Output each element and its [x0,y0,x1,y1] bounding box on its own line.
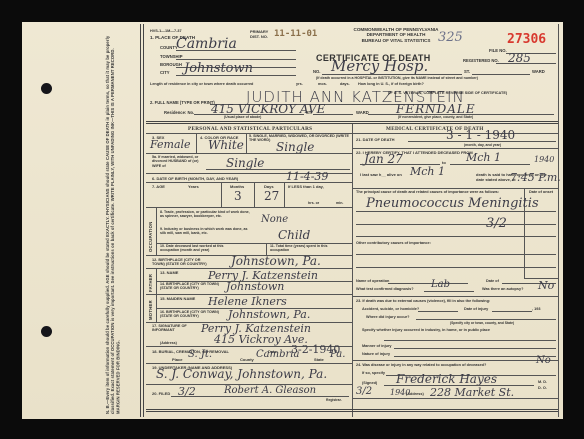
hospital-name: Mercy Hosp. [331,57,428,75]
city-value: Johnstown [184,61,253,76]
trade-label: 8. Trade, profession, or particular kind… [160,210,250,218]
sex-value: Female [150,138,191,151]
occupation-side-label: OCCUPATION [148,212,153,252]
birthplace-value: Johnstown, Pa. [231,254,321,268]
operation-label: Name of operation [356,279,389,283]
burial-place: S. Jt. [188,349,212,360]
industry-value: Child [278,228,310,242]
autopsy-label: Was there an autopsy? [482,287,523,291]
header-line-3: BUREAU OF VITAL STATISTICS [341,38,451,43]
if-so-label: If so, specify [362,371,385,375]
physician-sign-date: 3/2 [356,386,372,397]
file-no-label: File No. [489,48,507,53]
age-months: 3 [234,189,242,203]
external-causes-label: 23. If death was due to external causes … [356,299,490,303]
registered-no-label: Registered No. [463,58,499,63]
primary-dist-label: Primary Dist. No. [250,30,272,39]
physician-address-label: (Address) [406,392,424,396]
where-injury-label: Where did injury occur? [366,315,409,319]
occupation-related-value: No [536,355,551,366]
birthplace-label: 12. BIRTHPLACE (city or town) (State or … [152,258,212,267]
registrar-signature: Robert A. Gleason [224,385,316,396]
filed-label: 20. FILED [152,391,170,396]
date-of-death-sub: (month, day, and year) [464,143,501,147]
date-of-death-label: 21. DATE OF DEATH [356,137,395,142]
penciled-number: 325 [438,30,463,45]
ward-sub: (If nonresident, give place, county, and… [398,115,473,119]
where-injury-sub: (Specify city or town, county, and State… [450,321,514,325]
spouse-label: 5a. If married, widowed, or divorced HUS… [152,155,207,168]
attended-year: 1940 [534,155,554,164]
mother-maiden-label: 15. MAIDEN NAME [160,296,195,301]
spouse-value: Single [226,156,264,170]
age-label: 7. AGE [152,184,165,189]
date-of-onset-label: Date of onset [528,190,554,194]
county-value: Cambria [176,36,237,52]
burial-state-label: State [314,357,324,362]
side-instructions: N. B.—Every item of information should b… [105,34,141,414]
cause-label: The principal cause of death and related… [356,190,521,194]
residence-length-label: Length of residence in city or town wher… [150,82,253,86]
do-label: D. O. [538,386,547,390]
father-birthplace-label: 14. BIRTHPLACE (city or town) (State or … [160,282,220,290]
less-than-day-label: If LESS than 1 day, [288,184,324,189]
cause-duration: 3/2 [486,216,507,231]
residence-ward-label: Ward [356,110,369,115]
mother-birthplace-label: 16. BIRTHPLACE (city or town) (State or … [160,310,220,318]
mother-birthplace-value: Johnstown, Pa. [228,308,310,321]
injury-date-label: Date of injury [464,307,488,311]
physician-signature: Frederick Hayes [396,372,497,386]
undertaker-value: S. J. Conway, Johnstown, Pa. [156,367,327,381]
test-label: What test confirmed diagnosis? [356,287,414,291]
informant-label: 17. SIGNATURE OF INFORMANT [152,324,200,333]
industry-label: 9. Industry or business in which work wa… [160,227,250,235]
binder-hole-bottom [41,326,52,337]
yrs-label: yrs. [296,82,303,86]
date-of-death-value: 3 - 1 - 1940 [446,128,515,142]
primary-dist-number: 11-11-01 [274,29,317,39]
years-label: Years [188,184,199,189]
personal-section-title: PERSONAL AND STATISTICAL PARTICULARS [188,126,312,132]
burial-state: Pa. [330,349,345,360]
burial-county: Cambria [256,349,299,360]
us-length-label: How long in U. S., if of foreign birth? [358,82,424,86]
dob-label: 6. DATE OF BIRTH (month, day, and year) [152,176,238,181]
burial-place-label: Place [172,357,182,362]
registered-number: 285 [508,51,531,65]
mother-maiden-value: Helene Ikners [208,295,287,308]
burial-county-label: County [240,357,254,362]
last-worked-label: 10. Date deceased last worked at this oc… [160,244,230,252]
margin-rule [140,24,144,417]
registrar-title: Registrar. [326,398,342,402]
test-value: Lab [431,279,450,290]
occupation-related-label: 24. Was disease or injury in any way rel… [356,363,486,367]
signed-label: (Signed) [362,381,377,385]
father-name-label: 13. NAME [160,270,178,275]
residence-town: Ferndale [396,102,476,116]
primary-cause: Pneumococcus Meningitis [366,196,539,211]
hospital-note: (If death occurred in a HOSPITAL or INST… [316,76,478,80]
days-label: days. [340,82,350,86]
binder-hole-top [41,83,52,94]
mother-side-label: MOTHER [148,296,153,320]
father-birthplace-value: Johnstown [226,280,284,293]
father-side-label: FATHER [148,270,153,292]
autopsy-value: No [538,279,554,292]
veteran-note: (IF U. S. VETERAN, COMPLETE REVERSE SIDE… [388,91,507,95]
form-code: HVS-1—1M—7-37 [150,29,182,33]
operation-date-label: Date of [486,279,499,283]
st-label: St. [464,69,470,74]
full-name-label: 2. FULL NAME (type or print) [150,100,215,105]
ward-label: Ward [532,69,545,74]
last-saw-label: I last saw h__ alive on [360,172,402,177]
specify-injury-label: Specify whether injury occurred in indus… [362,328,490,332]
color-value: White [208,138,244,152]
md-label: M. D. [538,380,547,384]
mos-label: mos. [318,82,327,86]
manner-label: Manner of injury [362,344,392,348]
time-of-death: 7:45 P.m. [510,171,561,184]
min-label: min. [336,201,343,205]
marital-value: Single [276,140,314,154]
residence-label: Residence: No. [164,110,194,115]
trade-value: None [261,214,288,225]
certificate-number: 27306 [507,32,546,47]
contributory-label: Other contributory causes of importance: [356,241,431,245]
hrs-label: hrs. or [308,201,319,205]
residence-st-label: St. [306,110,312,115]
informant-address-label: (Address) [160,341,177,345]
age-days: 27 [264,189,279,203]
residence-sub: (Usual place of abode) [224,115,261,119]
certificate-form: HVS-1—1M—7-37 1. PLACE OF DEATH Primary … [146,24,559,417]
issuing-authority: COMMONWEALTH OF PENNSYLVANIA DEPARTMENT … [341,27,451,43]
no-label: No. [313,69,320,74]
injury-year: , 193 [532,307,540,311]
nature-label: Nature of injury [362,352,390,356]
last-saw-value: Mch 1 [410,165,445,178]
attended-to: Mch 1 [466,151,501,164]
city-label: City [160,70,170,75]
total-time-label: 11. Total time (years) spent in this occ… [270,244,340,252]
death-certificate-page: N. B.—Every item of information should b… [22,22,563,419]
accident-label: Accident, suicide, or homicide? [362,307,419,311]
